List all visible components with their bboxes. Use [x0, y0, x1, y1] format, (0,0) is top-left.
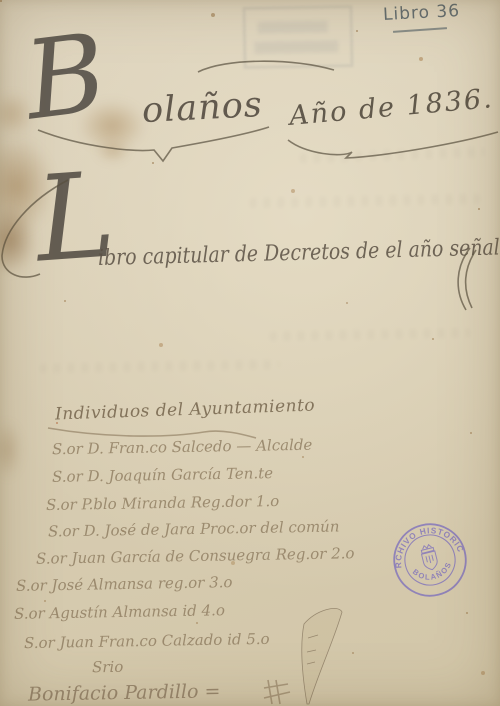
stamp-arc-top-text: ARCHIVO HISTORICO [378, 506, 466, 571]
year-underline-flourish [286, 128, 500, 160]
member-line: S.or Juan García de Consuegra Reg.or 2.o [36, 544, 355, 568]
svg-text:BOLAÑOS: BOLAÑOS [409, 558, 456, 586]
signature-line: Bonifacio Pardillo = [28, 680, 221, 705]
signature-rubric [262, 678, 292, 706]
section-heading: Individuos del Ayuntamiento [55, 395, 316, 424]
title-swash-flourish [196, 56, 336, 80]
year-line: Año de 1836. [288, 83, 495, 132]
stamp-coat-of-arms-icon [420, 544, 439, 572]
svg-text:ARCHIVO HISTORICO: ARCHIVO HISTORICO [378, 506, 466, 571]
secretary-abbreviation: Srio [92, 658, 124, 677]
subtitle-lead-flourish [0, 170, 70, 300]
member-line: S.or P.blo Miranda Reg.dor 1.o [46, 492, 279, 514]
paper-stain [0, 420, 22, 480]
bleedthrough-writing [250, 194, 480, 208]
bleedthrough-writing [270, 328, 470, 340]
archive-stamp: ARCHIVO HISTORICO BOLAÑOS [384, 514, 476, 606]
fox-spots [0, 0, 2, 2]
title-initial: B [20, 20, 112, 137]
pen-doodle [294, 602, 360, 706]
subtitle-end-flourish [452, 246, 478, 312]
member-line: S.or D. Joaquín García Ten.te [52, 464, 273, 486]
manuscript-page: Libro 36 B olaños Año de 1836. L ibro ca… [0, 0, 500, 706]
archival-note: Libro 36 [383, 1, 461, 25]
stamp-arc-bottom-text: BOLAÑOS [409, 558, 456, 586]
member-line: S.or D. Fran.co Salcedo — Alcalde [52, 436, 313, 459]
archival-note-underline [393, 27, 447, 33]
member-line: S.or José Almansa reg.or 3.o [16, 573, 233, 595]
subtitle-text: ibro capitular de Decretos de el año señ… [98, 235, 500, 271]
member-line: S.or D. José de Jara Proc.or del común [48, 517, 340, 540]
member-line: S.or Juan Fran.co Calzado id 5.o [24, 630, 270, 652]
bleedthrough-writing [40, 360, 280, 373]
member-line: S.or Agustín Almansa id 4.o [14, 601, 225, 623]
